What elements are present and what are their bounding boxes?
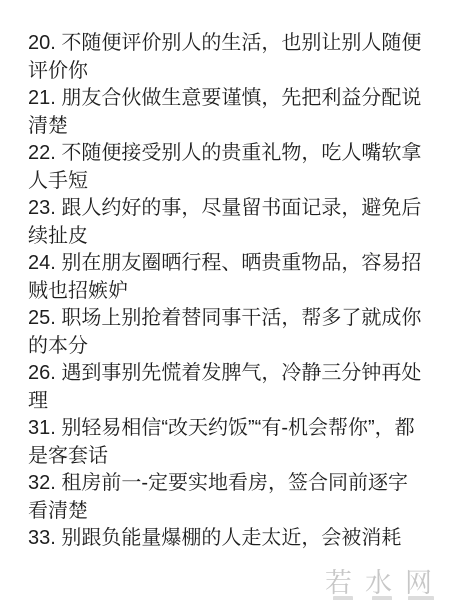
list-item: 22. 不随便接受别人的贵重礼物，吃人嘴软拿人手短 [28,140,422,195]
watermark-underline [408,596,434,600]
list-item: 23. 跟人约好的事，尽量留书面记录，避免后续扯皮 [28,195,422,250]
page: { "page": { "background": "#ffffff", "te… [0,0,450,600]
watermark-underline [333,596,353,600]
list-item: 32. 租房前一-定要实地看房，签合同前逐字看清楚 [28,470,422,525]
list-item: 24. 别在朋友圈晒行程、晒贵重物品，容易招贼也招嫉妒 [28,250,422,305]
watermark: 若水网 [325,561,445,600]
tips-list: 20. 不随便评价别人的生活，也别让别人随便评价你21. 朋友合伙做生意要谨慎，… [0,0,450,553]
list-item: 21. 朋友合伙做生意要谨慎，先把利益分配说清楚 [28,85,422,140]
list-item: 31. 别轻易相信“改天约饭”“有-机会帮你”，都是客套话 [28,415,422,470]
list-item: 33. 别跟负能量爆棚的人走太近，会被消耗 [28,525,422,553]
list-item: 20. 不随便评价别人的生活，也别让别人随便评价你 [28,30,422,85]
watermark-underline [372,596,392,600]
list-item: 26. 遇到事别先慌着发脾气，冷静三分钟再处理 [28,360,422,415]
list-item: 25. 职场上别抢着替同事干活，帮多了就成你的本分 [28,305,422,360]
